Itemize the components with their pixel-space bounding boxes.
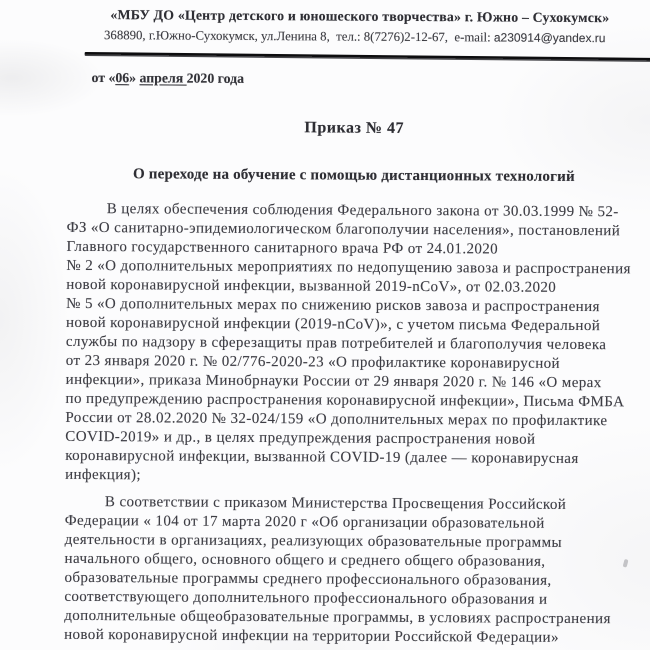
date-day: 06 <box>115 70 129 85</box>
paragraph-legal-basis: В целях обеспечения соблюдения Федеральн… <box>65 200 642 489</box>
letterhead-divider <box>85 52 650 62</box>
document-title: О переходе на обучение с помощью дистанц… <box>59 166 649 187</box>
scan-tilt-wrapper: «МБУ ДО «Центр детского и юношеского тво… <box>0 0 650 650</box>
order-number: Приказ № 47 <box>59 118 649 140</box>
date-mid: » <box>129 70 139 85</box>
org-contact-line: 368890, г.Южно-Сухокумск, ул.Ленина 8, т… <box>70 28 640 46</box>
date-prefix: от « <box>91 70 115 85</box>
document-page: «МБУ ДО «Центр детского и юношеского тво… <box>0 0 650 650</box>
order-date-line: от «06» апреля 2020 года <box>91 70 244 87</box>
date-tail: 2020 года <box>187 71 244 86</box>
org-name: «МБУ ДО «Центр детского и юношеского тво… <box>80 7 640 26</box>
date-month: апреля <box>139 70 186 85</box>
org-address-phone: 368890, г.Южно-Сухокумск, ул.Ленина 8, т… <box>104 28 494 44</box>
org-email: a230914@yandex.ru <box>494 30 606 45</box>
paragraph-ministry-order: В соответствии с приказом Министерства П… <box>64 493 640 649</box>
